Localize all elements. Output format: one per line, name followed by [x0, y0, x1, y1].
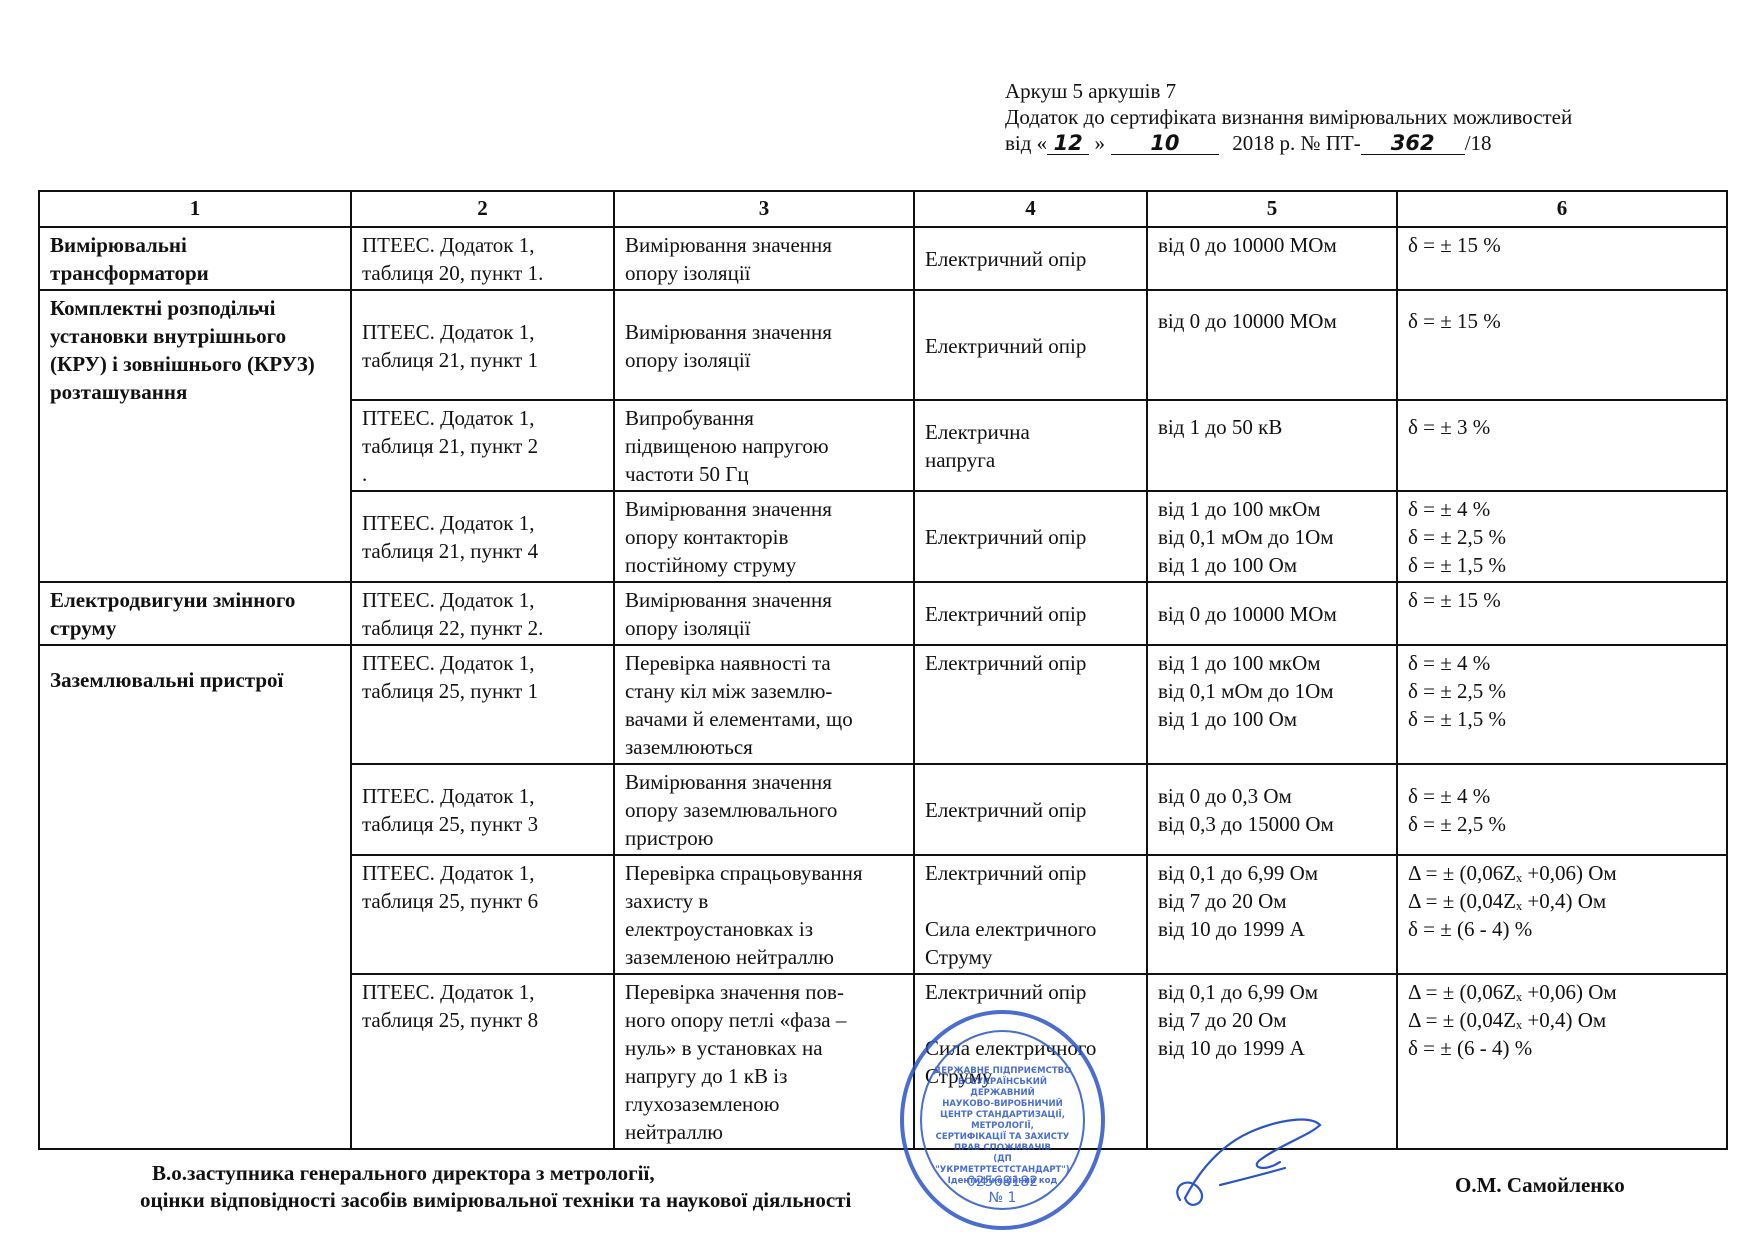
range-cell: від 0 до 10000 МОм [1147, 290, 1397, 400]
column-header: 6 [1397, 191, 1727, 227]
quantity-cell: Електричний опір [914, 582, 1147, 645]
signatory-name: О.М. Самойленко [1455, 1173, 1625, 1198]
method-cell: Вимірювання значення опору контакторів п… [614, 491, 914, 582]
position-line-1: В.о.заступника генерального директора з … [140, 1160, 851, 1187]
normative-doc-cell: ПТЕЕС. Додаток 1, таблиця 21, пункт 4 [351, 491, 614, 582]
date-mid: » [1094, 131, 1105, 155]
range-cell: від 1 до 50 кВ [1147, 400, 1397, 491]
normative-doc-cell: ПТЕЕС. Додаток 1, таблиця 22, пункт 2. [351, 582, 614, 645]
measurement-capabilities-table: 1 2 3 4 5 6 Вимірювальні трансформатори … [38, 190, 1728, 1150]
quantity-cell: Електричний опір [914, 290, 1147, 400]
normative-doc-cell: ПТЕЕС. Додаток 1, таблиця 21, пункт 2 . [351, 400, 614, 491]
seal-text: ДЕРЖАВНЕ ПІДПРИЄМСТВО ВСЕУКРАЇНСЬКИЙ ДЕР… [928, 1066, 1077, 1187]
method-cell: Вимірювання значення опору ізоляції [614, 227, 914, 290]
range-cell: від 0 до 10000 МОм [1147, 227, 1397, 290]
method-cell: Вимірювання значення опору ізоляції [614, 290, 914, 400]
method-cell: Вимірювання значення опору ізоляції [614, 582, 914, 645]
accuracy-cell: Δ = ± (0,06Zₓ +0,06) Ом Δ = ± (0,04Zₓ +0… [1397, 855, 1727, 974]
quantity-cell: Електричний опір [914, 227, 1147, 290]
handwritten-cert-number: 362 [1361, 132, 1465, 155]
accuracy-cell: δ = ± 15 % [1397, 227, 1727, 290]
quantity-cell: Електричний опір [914, 645, 1147, 764]
column-header: 3 [614, 191, 914, 227]
column-header: 1 [39, 191, 351, 227]
accuracy-cell: δ = ± 4 % δ = ± 2,5 % δ = ± 1,5 % [1397, 491, 1727, 582]
document-header: Аркуш 5 аркушів 7 Додаток до сертифіката… [1005, 78, 1725, 156]
signature-icon [1160, 1090, 1330, 1220]
position-line-2: оцінки відповідності засобів вимірювальн… [140, 1187, 851, 1214]
quantity-cell: Електричний опір [914, 764, 1147, 855]
quantity-cell: Електричний опір Сила електричного Струм… [914, 855, 1147, 974]
accuracy-cell: δ = ± 15 % [1397, 582, 1727, 645]
seal-number: № 1 [904, 1190, 1101, 1206]
handwritten-day: 12 [1047, 132, 1089, 155]
document-title: Додаток до сертифіката визнання вимірюва… [1005, 104, 1725, 130]
quantity-cell: Електричний опір [914, 491, 1147, 582]
method-cell: Перевірка значення пов- ного опору петлі… [614, 974, 914, 1149]
table-row: Комплектні розподільчі установки внутріш… [39, 290, 1727, 400]
column-header: 2 [351, 191, 614, 227]
range-cell: від 1 до 100 мкОм від 0,1 мОм до 1Ом від… [1147, 491, 1397, 582]
object-cell: Електродвигуни змінного струму [39, 582, 351, 645]
seal-code: 02568182 № 1 [904, 1174, 1101, 1206]
accuracy-cell: Δ = ± (0,06Zₓ +0,06) Ом Δ = ± (0,04Zₓ +0… [1397, 974, 1727, 1149]
table-row: Заземлювальні пристрої ПТЕЕС. Додаток 1,… [39, 645, 1727, 764]
normative-doc-cell: ПТЕЕС. Додаток 1, таблиця 20, пункт 1. [351, 227, 614, 290]
year-text: 2018 р. № ПТ- [1232, 131, 1361, 155]
method-cell: Перевірка спрацьовування захисту в елект… [614, 855, 914, 974]
table-header-row: 1 2 3 4 5 6 [39, 191, 1727, 227]
cert-suffix: /18 [1465, 131, 1492, 155]
quantity-cell: Електрична напруга [914, 400, 1147, 491]
object-cell: Комплектні розподільчі установки внутріш… [39, 290, 351, 582]
range-cell: від 0 до 10000 МОм [1147, 582, 1397, 645]
certificate-date-line: від «12 »10 2018 р. № ПТ-362/18 [1005, 130, 1725, 156]
seal-id-code: 02568182 [904, 1174, 1101, 1190]
normative-doc-cell: ПТЕЕС. Додаток 1, таблиця 21, пункт 1 [351, 290, 614, 400]
method-cell: Перевірка наявності та стану кіл між заз… [614, 645, 914, 764]
accuracy-cell: δ = ± 3 % [1397, 400, 1727, 491]
normative-doc-cell: ПТЕЕС. Додаток 1, таблиця 25, пункт 3 [351, 764, 614, 855]
table-row: Електродвигуни змінного струму ПТЕЕС. До… [39, 582, 1727, 645]
method-cell: Випробування підвищеною напругою частоти… [614, 400, 914, 491]
range-cell: від 0,1 до 6,99 Ом від 7 до 20 Ом від 10… [1147, 855, 1397, 974]
range-cell: від 0 до 0,3 Ом від 0,3 до 15000 Ом [1147, 764, 1397, 855]
object-cell: Заземлювальні пристрої [39, 645, 351, 1149]
table-row: Вимірювальні трансформатори ПТЕЕС. Додат… [39, 227, 1727, 290]
official-seal-stamp: ДЕРЖАВНЕ ПІДПРИЄМСТВО ВСЕУКРАЇНСЬКИЙ ДЕР… [900, 1010, 1105, 1230]
sheet-number: Аркуш 5 аркушів 7 [1005, 78, 1725, 104]
object-cell: Вимірювальні трансформатори [39, 227, 351, 290]
handwritten-month: 10 [1111, 132, 1219, 155]
normative-doc-cell: ПТЕЕС. Додаток 1, таблиця 25, пункт 1 [351, 645, 614, 764]
column-header: 4 [914, 191, 1147, 227]
signatory-position: В.о.заступника генерального директора з … [140, 1160, 851, 1214]
accuracy-cell: δ = ± 4 % δ = ± 2,5 % [1397, 764, 1727, 855]
date-prefix: від « [1005, 131, 1047, 155]
method-cell: Вимірювання значення опору заземлювально… [614, 764, 914, 855]
normative-doc-cell: ПТЕЕС. Додаток 1, таблиця 25, пункт 6 [351, 855, 614, 974]
normative-doc-cell: ПТЕЕС. Додаток 1, таблиця 25, пункт 8 [351, 974, 614, 1149]
accuracy-cell: δ = ± 4 % δ = ± 2,5 % δ = ± 1,5 % [1397, 645, 1727, 764]
range-cell: від 1 до 100 мкОм від 0,1 мОм до 1Ом від… [1147, 645, 1397, 764]
column-header: 5 [1147, 191, 1397, 227]
accuracy-cell: δ = ± 15 % [1397, 290, 1727, 400]
